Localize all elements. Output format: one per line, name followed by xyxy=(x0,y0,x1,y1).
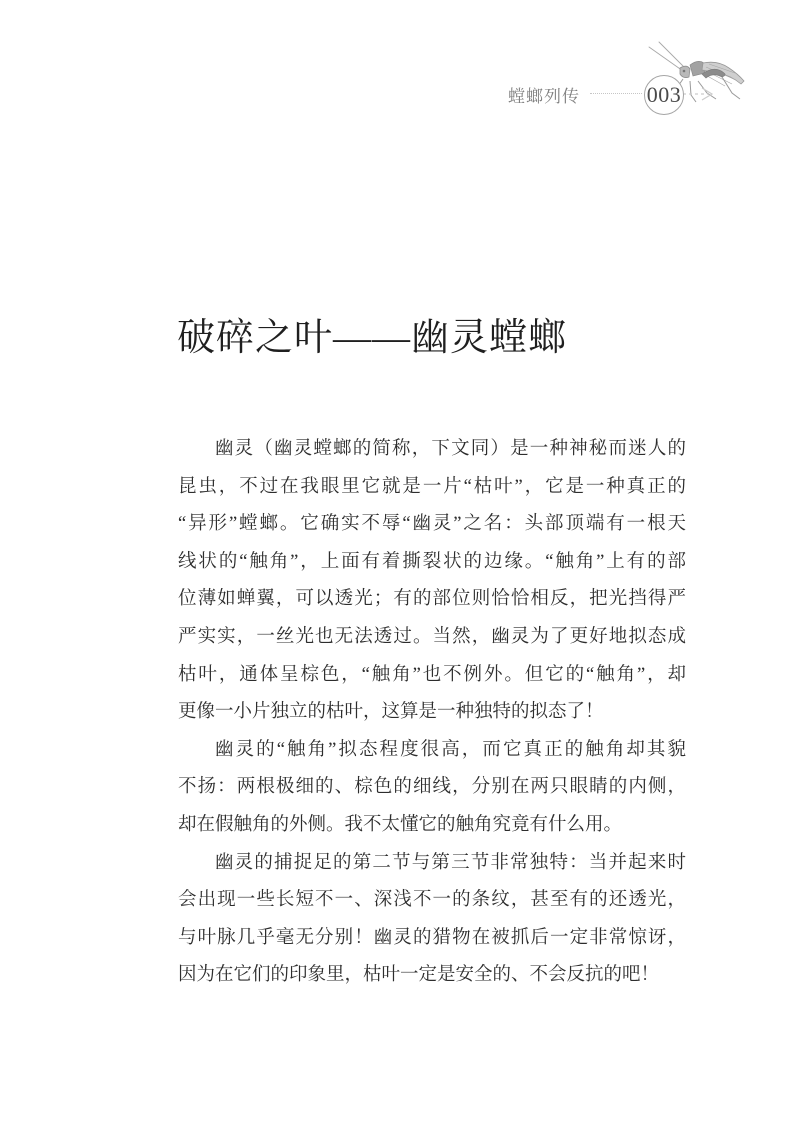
page-number: 003 xyxy=(647,82,682,107)
text-line: 严实实，一丝光也无法透过。当然，幽灵为了更好地拟态成 xyxy=(178,619,686,657)
text-line: 位薄如蝉翼，可以透光；有的部位则恰恰相反，把光挡得严 xyxy=(178,581,686,619)
paragraph-2: 幽灵的“触角”拟态程度很高，而它真正的触角却其貌 不扬：两根极细的、棕色的细线，… xyxy=(178,732,686,845)
dotted-connector-line xyxy=(590,93,642,94)
page-number-badge: 003 xyxy=(644,75,684,115)
text-line: 幽灵的“触角”拟态程度很高，而它真正的触角却其貌 xyxy=(178,732,686,770)
paragraph-1: 幽灵（幽灵螳螂的简称，下文同）是一种神秘而迷人的 昆虫，不过在我眼里它就是一片“… xyxy=(178,431,686,732)
chapter-title: 破碎之叶——幽灵螳螂 xyxy=(177,314,567,362)
text-line: 幽灵的捕捉足的第二节与第三节非常独特：当并起来时 xyxy=(178,845,686,883)
book-page: 螳螂列传 003 破碎之叶——幽灵螳螂 xyxy=(0,0,799,1122)
body-text: 幽灵（幽灵螳螂的简称，下文同）是一种神秘而迷人的 昆虫，不过在我眼里它就是一片“… xyxy=(178,431,686,995)
text-line: 幽灵（幽灵螳螂的简称，下文同）是一种神秘而迷人的 xyxy=(178,431,686,469)
paragraph-3: 幽灵的捕捉足的第二节与第三节非常独特：当并起来时 会出现一些长短不一、深浅不一的… xyxy=(178,845,686,995)
text-line: 却在假触角的外侧。我不太懂它的触角究竟有什么用。 xyxy=(178,807,686,845)
text-line: 会出现一些长短不一、深浅不一的条纹，甚至有的还透光， xyxy=(178,882,686,920)
text-line: 昆虫，不过在我眼里它就是一片“枯叶”，它是一种真正的 xyxy=(178,469,686,507)
text-line: “异形”螳螂。它确实不辱“幽灵”之名：头部顶端有一根天 xyxy=(178,506,686,544)
running-head: 螳螂列传 xyxy=(508,82,580,107)
text-line: 因为在它们的印象里，枯叶一定是安全的、不会反抗的吧！ xyxy=(178,957,686,995)
insect-head xyxy=(680,66,690,77)
text-line: 与叶脉几乎毫无分别！幽灵的猎物在被抓后一定非常惊讶， xyxy=(178,920,686,958)
arrow-right-icon xyxy=(682,85,716,103)
text-line: 不扬：两根极细的、棕色的细线，分别在两只眼睛的内侧， xyxy=(178,769,686,807)
text-line: 枯叶，通体呈棕色，“触角”也不例外。但它的“触角”，却 xyxy=(178,657,686,695)
text-line: 线状的“触角”，上面有着撕裂状的边缘。“触角”上有的部 xyxy=(178,544,686,582)
text-line: 更像一小片独立的枯叶，这算是一种独特的拟态了！ xyxy=(178,694,686,732)
